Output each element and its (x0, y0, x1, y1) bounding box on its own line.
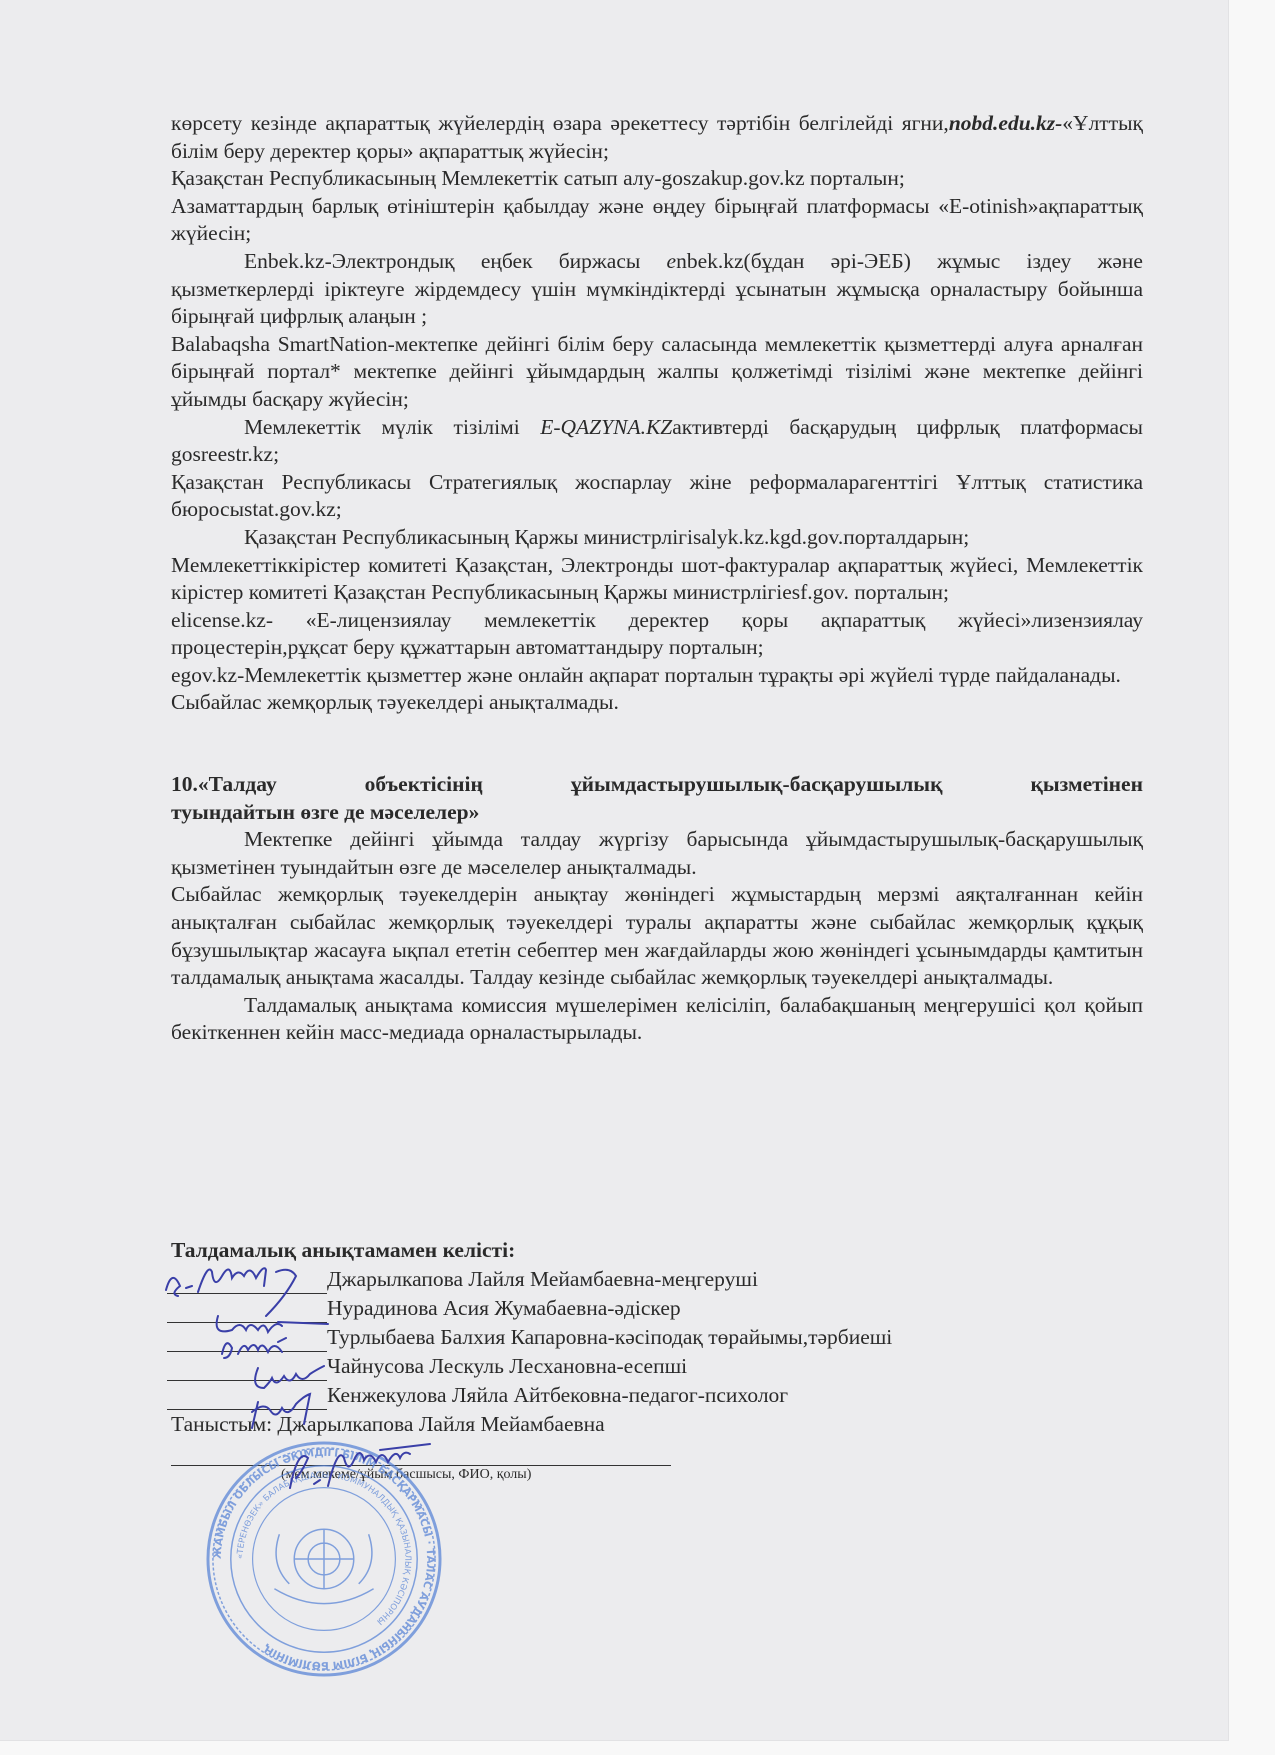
paragraph-no-risks: Сыбайлас жемқорлық тәуекелдері анықталма… (171, 689, 1143, 717)
section-10-paragraph-1: Мектепке дейінгі ұйымда талдау жүргізу б… (171, 826, 1143, 881)
signer-row: Джарылкапова Лайля Мейамбаевна-меңгеруші (171, 1265, 1071, 1294)
nobd-link-text: nobd.edu.kz- (949, 111, 1062, 135)
signature-line (167, 1356, 327, 1381)
signer-row: Чайнусова Лескуль Лесхановна-есепші (171, 1352, 1071, 1381)
section-10-paragraph-3: Талдамалық анықтама комиссия мүшелерімен… (171, 992, 1143, 1047)
signer-name: Джарылкапова Лайля Мейамбаевна-меңгеруші (327, 1265, 758, 1294)
paragraph-goszakup: Қазақстан Республикасының Мемлекеттік са… (171, 165, 1143, 193)
signer-row: Кенжекулова Ляйла Айтбековна-педагог-пси… (171, 1381, 1071, 1410)
signer-row: Турлыбаева Балхия Капаровна-кәсіподақ тө… (171, 1323, 1071, 1352)
paragraph-nobd: көрсету кезінде ақпараттық жүйелердің өз… (171, 110, 1143, 165)
signature-line (167, 1269, 327, 1294)
signature-title: Талдамалық анықтамамен келісті: (171, 1236, 1071, 1265)
signature-line (167, 1385, 327, 1410)
paragraph-eotinish: Азаматтардың барлық өтініштерін қабылдау… (171, 193, 1143, 248)
paragraph-balabaqsha: Balabaqsha SmartNation-мектепке дейінгі … (171, 331, 1143, 414)
section-10-heading: 10.«Талдау объектісінің ұйымдастырушылық… (171, 771, 1143, 826)
paragraph-enbek: Enbek.kz-Электрондық еңбек биржасы enbek… (171, 248, 1143, 331)
signature-line (167, 1327, 327, 1352)
signer-name: Турлыбаева Балхия Капаровна-кәсіподақ тө… (327, 1323, 892, 1352)
paragraph-stat: Қазақстан Республикасы Стратегиялық жосп… (171, 469, 1143, 524)
signer-row: Нурадинова Асия Жумабаевна-әдіскер (171, 1294, 1071, 1323)
paragraph-esf: Мемлекеттіккірістер комитеті Қазақстан, … (171, 552, 1143, 607)
signer-name: Чайнусова Лескуль Лесхановна-есепші (327, 1352, 687, 1381)
official-stamp-icon: ЖАМБЫЛ ОБЛЫСЫ ӘКІМДІГІ БІЛІМ БАСҚАРМАСЫ … (205, 1440, 443, 1678)
signer-name: Кенжекулова Ляйла Айтбековна-педагог-пси… (327, 1381, 788, 1410)
paragraph-salyk: Қазақстан Республикасының Қаржы министрл… (171, 524, 1143, 552)
paragraph-elicense: elicense.kz- «Е-лицензиялау мемлекеттік … (171, 607, 1143, 662)
signer-name: Нурадинова Асия Жумабаевна-әдіскер (327, 1294, 681, 1323)
paragraph-egov: egov.kz-Мемлекеттік қызметтер және онлай… (171, 662, 1143, 690)
section-10-paragraph-2: Сыбайлас жемқорлық тәуекелдерін анықтау … (171, 881, 1143, 991)
document-body: көрсету кезінде ақпараттық жүйелердің өз… (171, 110, 1143, 1047)
paragraph-eqazyna: Мемлекеттік мүлік тізілімі E-QAZYNA.KZак… (171, 414, 1143, 469)
signature-line (167, 1298, 327, 1323)
acknowledged-line: Таныстым: Джарылкапова Лайля Мейамбаевна (171, 1410, 1071, 1439)
